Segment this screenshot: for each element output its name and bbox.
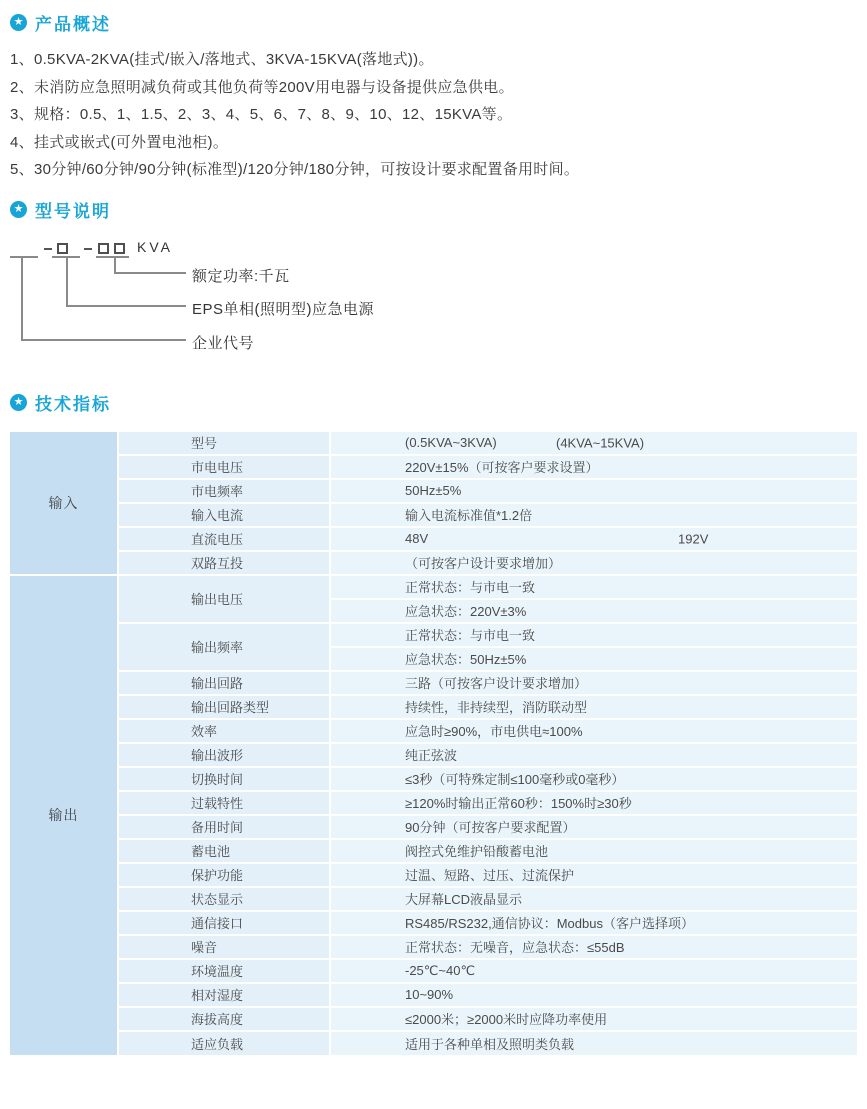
spec-value-cell: 应急状态：220V±3% [330, 599, 857, 623]
spec-name-cell: 输出波形 [118, 743, 330, 767]
spec-name-cell: 输出回路类型 [118, 695, 330, 719]
spec-row: 输出频率正常状态：与市电一致 [10, 623, 857, 647]
model-code-diagram: KVA 额定功率:千瓦 EPS单相(照明型)应急电源 企业代号 [0, 236, 867, 364]
spec-value-cell: 正常状态：与市电一致 [330, 623, 857, 647]
spec-value-cell: 应急时≥90%，市电供电≈100% [330, 719, 857, 743]
spec-value-cell: 10~90% [330, 983, 857, 1007]
spec-value-cell: 适用于各种单相及照明类负载 [330, 1031, 857, 1055]
spec-name-cell: 切换时间 [118, 767, 330, 791]
spec-name-cell: 型号 [118, 431, 330, 455]
spec-row: 适应负载适用于各种单相及照明类负载 [10, 1031, 857, 1055]
spec-row: 市电频率50Hz±5% [10, 479, 857, 503]
spec-name-cell: 相对湿度 [118, 983, 330, 1007]
spec-row: 状态显示大屏幕LCD液晶显示 [10, 887, 857, 911]
section-header-specs: ★ 技术指标 [10, 392, 867, 414]
spec-name-cell: 通信接口 [118, 911, 330, 935]
product-spec-page: ★ 产品概述 1、0.5KVA-2KVA(挂式/嵌入/落地式、3KVA-15KV… [0, 0, 867, 1109]
spec-value-right: 192V [678, 531, 708, 546]
spec-row: 切换时间≤3秒（可特殊定制≤100毫秒或0毫秒） [10, 767, 857, 791]
spec-row: 输出波形纯正弦波 [10, 743, 857, 767]
spec-name-cell: 过载特性 [118, 791, 330, 815]
spec-name-cell: 保护功能 [118, 863, 330, 887]
spec-name-cell: 状态显示 [118, 887, 330, 911]
spec-value-right: (4KVA~15KVA) [556, 435, 644, 450]
spec-name-cell: 噪音 [118, 935, 330, 959]
spec-value-cell: ≤3秒（可特殊定制≤100毫秒或0毫秒） [330, 767, 857, 791]
section-title-specs: 技术指标 [35, 390, 111, 415]
overview-list: 1、0.5KVA-2KVA(挂式/嵌入/落地式、3KVA-15KVA(落地式))… [10, 46, 867, 184]
spec-row: 保护功能过温、短路、过压、过流保护 [10, 863, 857, 887]
spec-value-cell: 正常状态：无噪音，应急状态：≤55dB [330, 935, 857, 959]
spec-name-cell: 直流电压 [118, 527, 330, 551]
overview-item: 3、规格：0.5、1、1.5、2、3、4、5、6、7、8、9、10、12、15K… [10, 101, 867, 129]
spec-row: 通信接口RS485/RS232,通信协议：Modbus（客户选择项） [10, 911, 857, 935]
spec-row: 输出输出电压正常状态：与市电一致 [10, 575, 857, 599]
code-box-power-2 [114, 243, 125, 254]
spec-value-cell: 大屏幕LCD液晶显示 [330, 887, 857, 911]
code-box-power-1 [98, 243, 109, 254]
section-title-overview: 产品概述 [35, 10, 111, 35]
model-label-eps-type: EPS单相(照明型)应急电源 [192, 298, 374, 319]
spec-row: 市电电压220V±15%（可按客户要求设置） [10, 455, 857, 479]
section-header-overview: ★ 产品概述 [10, 11, 867, 33]
spec-name-cell: 输出电压 [118, 575, 330, 623]
spec-value-cell: 48V192V [330, 527, 857, 551]
spec-value-cell: 90分钟（可按客户要求配置） [330, 815, 857, 839]
code-kva-label: KVA [137, 239, 173, 255]
spec-row: 环境温度-25℃~40℃ [10, 959, 857, 983]
spec-name-cell: 效率 [118, 719, 330, 743]
spec-row: 输出回路类型持续性，非持续型，消防联动型 [10, 695, 857, 719]
spec-value-cell: 持续性，非持续型，消防联动型 [330, 695, 857, 719]
spec-row: 过载特性≥120%时输出正常60秒：150%时≥30秒 [10, 791, 857, 815]
spec-row: 海拔高度≤2000米；≥2000米时应降功率使用 [10, 1007, 857, 1031]
spec-value-left: (0.5KVA~3KVA) [405, 435, 497, 450]
spec-name-cell: 输出频率 [118, 623, 330, 671]
spec-value-cell: -25℃~40℃ [330, 959, 857, 983]
spec-value-left: 48V [405, 531, 428, 546]
spec-name-cell: 输入电流 [118, 503, 330, 527]
specs-table: 输入型号(0.5KVA~3KVA)(4KVA~15KVA)市电电压220V±15… [10, 430, 857, 1055]
section-title-model: 型号说明 [35, 197, 111, 222]
code-dash [84, 248, 92, 250]
spec-value-cell: ≥120%时输出正常60秒：150%时≥30秒 [330, 791, 857, 815]
star-circle-icon: ★ [10, 14, 27, 31]
overview-item: 1、0.5KVA-2KVA(挂式/嵌入/落地式、3KVA-15KVA(落地式))… [10, 46, 867, 74]
spec-name-cell: 输出回路 [118, 671, 330, 695]
connector-line-company [21, 257, 186, 341]
spec-value-cell: 阀控式免维护铅酸蓄电池 [330, 839, 857, 863]
overview-item: 4、挂式或嵌式(可外置电池柜)。 [10, 129, 867, 157]
spec-group-cell: 输入 [10, 431, 118, 575]
spec-row: 蓄电池阀控式免维护铅酸蓄电池 [10, 839, 857, 863]
spec-name-cell: 双路互投 [118, 551, 330, 575]
star-circle-icon: ★ [10, 201, 27, 218]
spec-name-cell: 蓄电池 [118, 839, 330, 863]
spec-value-cell: 220V±15%（可按客户要求设置） [330, 455, 857, 479]
spec-value-cell: 过温、短路、过压、过流保护 [330, 863, 857, 887]
section-header-model: ★ 型号说明 [10, 199, 867, 221]
overview-item: 2、未消防应急照明减负荷或其他负荷等200V用电器与设备提供应急供电。 [10, 74, 867, 102]
spec-value-cell: 输入电流标准值*1.2倍 [330, 503, 857, 527]
spec-row: 效率应急时≥90%，市电供电≈100% [10, 719, 857, 743]
spec-value-cell: 纯正弦波 [330, 743, 857, 767]
spec-name-cell: 海拔高度 [118, 1007, 330, 1031]
spec-value-cell: 三路（可按客户设计要求增加） [330, 671, 857, 695]
spec-row: 输出回路三路（可按客户设计要求增加） [10, 671, 857, 695]
spec-group-cell: 输出 [10, 575, 118, 1055]
spec-value-cell: （可按客户设计要求增加） [330, 551, 857, 575]
spec-name-cell: 适应负载 [118, 1031, 330, 1055]
spec-name-cell: 环境温度 [118, 959, 330, 983]
code-dash [44, 248, 52, 250]
spec-name-cell: 市电频率 [118, 479, 330, 503]
spec-value-cell: 50Hz±5% [330, 479, 857, 503]
spec-row: 相对湿度10~90% [10, 983, 857, 1007]
spec-value-cell: ≤2000米；≥2000米时应降功率使用 [330, 1007, 857, 1031]
spec-row: 噪音正常状态：无噪音，应急状态：≤55dB [10, 935, 857, 959]
spec-value-cell: RS485/RS232,通信协议：Modbus（客户选择项） [330, 911, 857, 935]
spec-value-cell: 应急状态：50Hz±5% [330, 647, 857, 671]
spec-value-cell: 正常状态：与市电一致 [330, 575, 857, 599]
spec-name-cell: 市电电压 [118, 455, 330, 479]
overview-item: 5、30分钟/60分钟/90分钟(标准型)/120分钟/180分钟，可按设计要求… [10, 156, 867, 184]
spec-row: 备用时间90分钟（可按客户要求配置） [10, 815, 857, 839]
spec-row: 双路互投（可按客户设计要求增加） [10, 551, 857, 575]
spec-name-cell: 备用时间 [118, 815, 330, 839]
spec-row: 输入电流输入电流标准值*1.2倍 [10, 503, 857, 527]
model-label-company-code: 企业代号 [192, 332, 254, 353]
spec-value-cell: (0.5KVA~3KVA)(4KVA~15KVA) [330, 431, 857, 455]
star-circle-icon: ★ [10, 394, 27, 411]
specs-table-body: 输入型号(0.5KVA~3KVA)(4KVA~15KVA)市电电压220V±15… [10, 431, 857, 1055]
spec-row: 输入型号(0.5KVA~3KVA)(4KVA~15KVA) [10, 431, 857, 455]
spec-row: 直流电压48V192V [10, 527, 857, 551]
code-box-type [57, 243, 68, 254]
model-label-rated-power: 额定功率:千瓦 [192, 265, 290, 286]
